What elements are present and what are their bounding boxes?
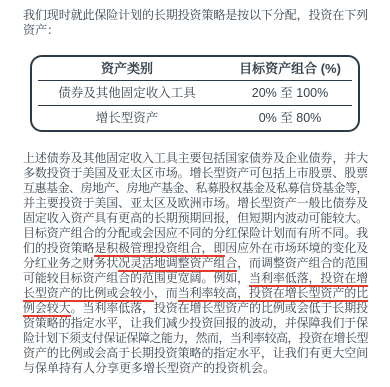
text-segment: 目标资产组合的分配或会因应不同的分红保险计划而有所不同。我: [23, 226, 368, 240]
table-cell-target-mix: 0% 至 80%: [222, 106, 358, 130]
body-paragraph: 上述债券及其他固定收入工具主要包括国家债券及企业债券，并大多数投资于美国及亚太区…: [23, 151, 368, 376]
red-underline-annotation: 当利率较高，投资在增长型资产的比: [178, 286, 368, 302]
asset-allocation-table: 资产类别 目标资产组合 (%) 债券及其他固定收入工具 20% 至 100% 增…: [30, 55, 360, 132]
text-line: 互惠基金、房地产、房地产基金、私募股权基金及私募信贷基金等，: [23, 181, 368, 196]
text-line: 固定收入资产具有更高的长期预期回报，但短期内波动可能较大。: [23, 211, 368, 226]
text-segment: ，而: [154, 286, 178, 300]
text-segment: 上述债券及其他固定收入工具主要包括国家债券及企业债券，并大: [23, 151, 368, 165]
text-line: 与保单持有人分享更多增长型资产的投资机会。: [23, 361, 368, 376]
text-line: 资策略的指定水平，让我们减少投资回报的波动，并保障我们于保: [23, 316, 368, 331]
text-segment: 分红业务之财务状: [23, 256, 118, 270]
text-line: 们的投资策略是积极管理投资组合，即因应外在市场环境的变化及: [23, 241, 368, 256]
text-segment: 多数投资于美国及亚太区市场。增长型资产可包括上市股票、股票: [23, 166, 368, 180]
table-row: 增长型资产 0% 至 80%: [32, 106, 358, 130]
text-line: 多数投资于美国及亚太区市场。增长型资产可包括上市股票、股票: [23, 166, 368, 181]
text-segment: 资产：: [23, 23, 59, 37]
text-segment: 互惠基金、房地产、房地产基金、私募股权基金及私募信贷基金等，: [23, 181, 368, 195]
text-line: 资产的比例或会高于长期投资策略的指定水平，让我们有更大空间: [23, 346, 368, 361]
table-cell-asset-class: 债券及其他固定收入工具: [32, 81, 222, 105]
red-underline-annotation: 当利率低落，投资在增: [249, 271, 368, 287]
text-line: 险计划下须支付保证保障之能力，然而，当利率较高，投资在增长型: [23, 331, 368, 346]
text-line: 并主要投资于美国、亚太区及欧洲市场。增长型资产一般比债券及: [23, 196, 368, 211]
text-line: 目标资产组合的分配或会因应不同的分红保险计划而有所不同。我: [23, 226, 368, 241]
table-header-row: 资产类别 目标资产组合 (%): [32, 57, 358, 80]
text-line: 可能较目标资产组合的范围更宽阔。例如，当利率低落，投资在增: [23, 271, 368, 286]
text-segment: 与保单持有人分享更多增长型资产的投资机会。: [23, 361, 275, 375]
table-row: 债券及其他固定收入工具 20% 至 100%: [32, 81, 358, 105]
text-line: 例会较大。当利率低落，投资在增长型资产的比例或会低于长期投: [23, 301, 368, 316]
text-segment: 并主要投资于美国、亚太区及欧洲市场。增长型资产一般比债券及: [23, 196, 368, 210]
text-segment: 险计划下须支付保证保障之能力，然而，当利率较高，投资在增长型: [23, 331, 368, 345]
table-cell-target-mix: 20% 至 100%: [222, 81, 358, 105]
text-line: 我们现时就此保险计划的长期投资策略是按以下分配，投资在下列: [23, 8, 368, 23]
intro-paragraph: 我们现时就此保险计划的长期投资策略是按以下分配，投资在下列资产：: [23, 8, 368, 38]
text-segment: 我们现时就此保险计划的长期投资策略是按以下分配，投资在下列: [23, 8, 368, 22]
text-segment: 因应外在市场环境的变化及: [225, 241, 368, 255]
text-line: 资产：: [23, 23, 368, 38]
text-segment: 资产的比例或会高于长期投资策略的指定水平，让我们有更大空间: [23, 346, 368, 360]
text-line: 分红业务之财务状况灵活地调整资产组合，而调整资产组合的范围: [23, 256, 368, 271]
text-segment: 固定收入资产具有更高的长期预期回报，但短期内波动可能较大。: [23, 211, 368, 225]
red-underline-annotation: 例会较大: [23, 301, 71, 317]
text-segment: 可能较目标资产组合的范围更宽阔。例如，: [23, 271, 249, 285]
document-page: 我们现时就此保险计划的长期投资策略是按以下分配，投资在下列资产： 资产类别 目标…: [0, 0, 390, 376]
table-header-target-mix: 目标资产组合 (%): [222, 57, 358, 80]
table-header-asset-class: 资产类别: [32, 57, 222, 80]
table-cell-asset-class: 增长型资产: [32, 106, 222, 130]
text-segment: 。当利率低落，投资在增长型资产的比例或会低于长期投: [71, 301, 368, 315]
text-segment: ，而调整资产组合的范围: [237, 256, 368, 270]
red-underline-annotation: 是积极管理投资组合，即: [94, 241, 225, 257]
red-underline-annotation: 况灵活地调整资产组合: [118, 256, 237, 272]
text-segment: 们的投资策略: [23, 241, 94, 255]
text-line: 上述债券及其他固定收入工具主要包括国家债券及企业债券，并大: [23, 151, 368, 166]
text-segment: 资策略的指定水平，让我们减少投资回报的波动，并保障我们于保: [23, 316, 368, 330]
red-underline-annotation: 长型资产的比例或会较小: [23, 286, 154, 302]
text-line: 长型资产的比例或会较小，而当利率较高，投资在增长型资产的比: [23, 286, 368, 301]
